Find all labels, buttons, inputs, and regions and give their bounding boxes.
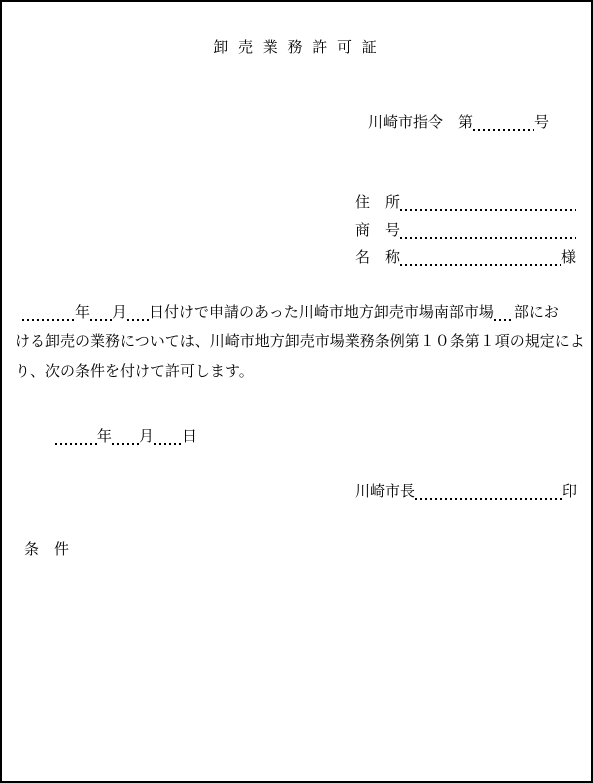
seal-label: 印 [562, 483, 577, 501]
application-month-blank [90, 319, 112, 321]
market-section-blank [494, 319, 514, 321]
body-text-tail: 部にお [514, 304, 559, 322]
mayor-signature-line: 川崎市長 印 [355, 483, 577, 501]
mayor-label: 川崎市長 [355, 483, 415, 501]
issue-day-label: 日 [182, 428, 197, 446]
recipient-name-row: 名 称 様 [355, 249, 576, 267]
name-label: 名 称 [355, 249, 400, 267]
body-paragraph-line-3: り、次の条件を付けて許可します。 [15, 363, 254, 381]
address-blank [400, 209, 576, 211]
mayor-name-blank [415, 498, 562, 500]
issue-year-label: 年 [97, 428, 112, 446]
issue-date-line: 年 月 日 [55, 428, 197, 446]
permit-certificate-page: 卸 売 業 務 許 可 証 川崎市指令 第 号 住 所 商 号 名 称 様 年 … [0, 0, 593, 783]
conditions-label: 条 件 [24, 541, 69, 559]
application-month-label: 月 [112, 304, 127, 322]
directive-number-line: 川崎市指令 第 号 [368, 114, 549, 132]
recipient-address-row: 住 所 [355, 194, 576, 212]
application-year-blank [22, 319, 75, 321]
application-year-label: 年 [75, 304, 90, 322]
issue-year-blank [55, 443, 97, 445]
trade-name-label: 商 号 [355, 222, 400, 240]
name-blank [400, 264, 561, 266]
directive-prefix: 川崎市指令 第 [368, 114, 473, 132]
issue-day-blank [154, 443, 182, 445]
address-label: 住 所 [355, 194, 400, 212]
body-text-market: 日付けで申請のあった川崎市地方卸売市場南部市場 [149, 304, 494, 322]
issue-month-label: 月 [139, 428, 154, 446]
recipient-trade-name-row: 商 号 [355, 222, 576, 240]
body-paragraph-line-2: ける卸売の業務については、川崎市地方卸売市場業務条例第１０条第１項の規定によ [15, 333, 585, 351]
application-day-blank [127, 319, 149, 321]
trade-name-blank [400, 237, 576, 239]
document-title: 卸 売 業 務 許 可 証 [2, 39, 591, 57]
name-honorific: 様 [561, 249, 576, 267]
body-paragraph-line-1: 年 月 日付けで申請のあった川崎市地方卸売市場南部市場 部にお [22, 304, 559, 322]
issue-month-blank [112, 443, 139, 445]
directive-number-blank [473, 129, 534, 131]
directive-suffix: 号 [534, 114, 549, 132]
